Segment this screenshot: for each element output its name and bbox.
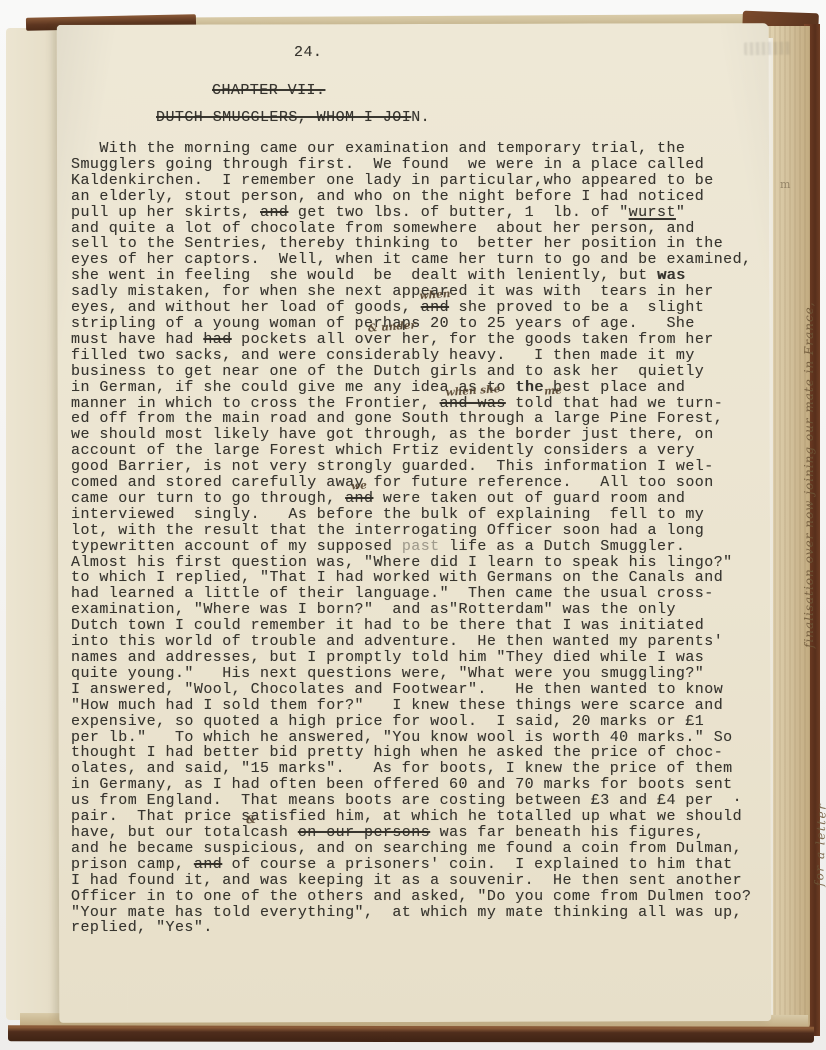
typed-line: thought I had better bid pretty high whe… — [71, 745, 777, 761]
title-heading-struck-text: DUTCH SMUGGLERS, WHOM I JOI — [156, 109, 411, 126]
typed-line: us from England. That means boots are co… — [71, 793, 777, 809]
struck-out-text: andwhen — [421, 299, 449, 316]
typed-line: sell to the Sentries, thereby thinking t… — [71, 236, 777, 252]
typed-line: account of the large Forest which Frtiz … — [71, 443, 777, 459]
struck-out-text: had — [203, 331, 231, 348]
typed-line: eyes, and without her load of goods, and… — [71, 300, 777, 316]
handwritten-insertion: & under — [368, 320, 417, 333]
margin-note-upper: finalisation over now joining our mate i… — [802, 301, 816, 648]
typed-line: had learned a little of their language."… — [71, 586, 777, 602]
typed-line: she went in feeling she would be dealt w… — [71, 268, 777, 284]
chapter-heading-struck-text: CHAPTER VII. — [212, 82, 325, 99]
struck-out-text: on our persons — [298, 824, 430, 841]
typed-line: Almost his first question was, "Where di… — [71, 555, 777, 571]
typed-segment: over her& under — [355, 331, 431, 348]
photographed-manuscript-page: 24. CHAPTER VII. DUTCH SMUGGLERS, WHOM I… — [0, 0, 826, 1050]
typed-line: comed and stored carefully away for futu… — [71, 475, 777, 491]
typed-line: have, but our total&cash on our persons … — [71, 825, 777, 841]
typed-line: pair. That price satisfied him, at which… — [71, 809, 777, 825]
typed-line: we should most likely have got through, … — [71, 427, 777, 443]
handwritten-insertion: when — [419, 289, 451, 301]
typed-line: names and addresses, but I promptly told… — [71, 650, 777, 666]
typed-line: in German, if she could give me any idea… — [71, 380, 777, 396]
typed-line: replied, "Yes". — [71, 920, 777, 936]
struck-out-text: and — [260, 204, 288, 221]
title-heading: DUTCH SMUGGLERS, WHOM I JOIN. — [156, 109, 430, 126]
typed-line: "How much had I sold them for?" I knew t… — [71, 698, 777, 714]
typed-line: I had found it, and was keeping it as a … — [71, 873, 777, 889]
typed-line: in Germany, as I had often been offered … — [71, 777, 777, 793]
margin-note-lower: for a letter — [812, 802, 826, 886]
book-cover-bottom-edge — [8, 1025, 814, 1042]
typed-line: and he became suspicious, and on searchi… — [71, 841, 777, 857]
page-number: 24. — [294, 44, 322, 61]
typed-line: prison camp, and of course a prisoners' … — [71, 857, 777, 873]
typed-line: to which I replied, "That I had worked w… — [71, 570, 777, 586]
typed-line: eyes of her captors. Well, when it came … — [71, 252, 777, 268]
typed-line: Officer in to one of the others and aske… — [71, 889, 777, 905]
typed-line: came our turn to go through, andwe were … — [71, 491, 777, 507]
struck-out-text: and waswhen she — [440, 395, 506, 412]
typed-line: into this world of trouble and adventure… — [71, 634, 777, 650]
handwritten-insertion: when she — [445, 384, 500, 398]
handwritten-insertion: we — [351, 480, 367, 491]
typed-line: good Barrier, is not very strongly guard… — [71, 459, 777, 475]
typed-line: Smugglers going through first. We found … — [71, 157, 777, 173]
typed-line: examination, "Where was I born?" and as"… — [71, 602, 777, 618]
typed-line: lot, with the result that the interrogat… — [71, 523, 777, 539]
typed-segment: wurst — [629, 204, 676, 221]
typed-segment: past — [402, 538, 440, 555]
typed-line: must have had had pockets all over her& … — [71, 332, 777, 348]
typed-line: Dutch town I could remember it had to be… — [71, 618, 777, 634]
typed-line: per lb." To which he answered, "You know… — [71, 730, 777, 746]
typed-line: With the morning came our examination an… — [71, 141, 777, 157]
title-heading-tail: N. — [411, 109, 430, 126]
handwritten-insertion: & — [245, 815, 255, 826]
typed-line: quite young." His next questions were, "… — [71, 666, 777, 682]
typed-line: ed off from the main road and gone South… — [71, 411, 777, 427]
typed-line: stripling of a young woman of perhaps 20… — [71, 316, 777, 332]
typed-line: manner in which to cross the Frontier, a… — [71, 396, 777, 412]
typed-line: business to get near one of the Dutch gi… — [71, 364, 777, 380]
typed-line: "Your mate has told everything", at whic… — [71, 905, 777, 921]
edge-pencil-mark: m — [780, 178, 790, 191]
typed-segment: the — [515, 379, 543, 396]
accession-stamp-illegible — [744, 42, 790, 56]
typed-line: interviewed singly. As before the bulk o… — [71, 507, 777, 523]
struck-out-text: and — [194, 856, 222, 873]
chapter-heading: CHAPTER VII. — [212, 82, 325, 99]
typed-line: filled two sacks, and were considerably … — [71, 348, 777, 364]
typed-line: pull up her skirts, and get two lbs. of … — [71, 205, 777, 221]
typed-line: olates, and said, "15 marks". As for boo… — [71, 761, 777, 777]
typed-body: With the morning came our examination an… — [71, 141, 777, 936]
typed-line: expensive, so quoted a high price for wo… — [71, 714, 777, 730]
handwritten-insertion: me — [544, 385, 562, 396]
typed-line: Kaldenkirchen. I remember one lady in pa… — [71, 173, 777, 189]
typed-line: I answered, "Wool, Chocolates and Footwe… — [71, 682, 777, 698]
typed-line: and quite a lot of chocolate from somewh… — [71, 221, 777, 237]
typed-segment: was — [657, 267, 685, 284]
struck-out-text: andwe — [345, 490, 373, 507]
typed-line: typewritten account of my supposed past … — [71, 539, 777, 555]
typed-line: an elderly, stout person, and who on the… — [71, 189, 777, 205]
